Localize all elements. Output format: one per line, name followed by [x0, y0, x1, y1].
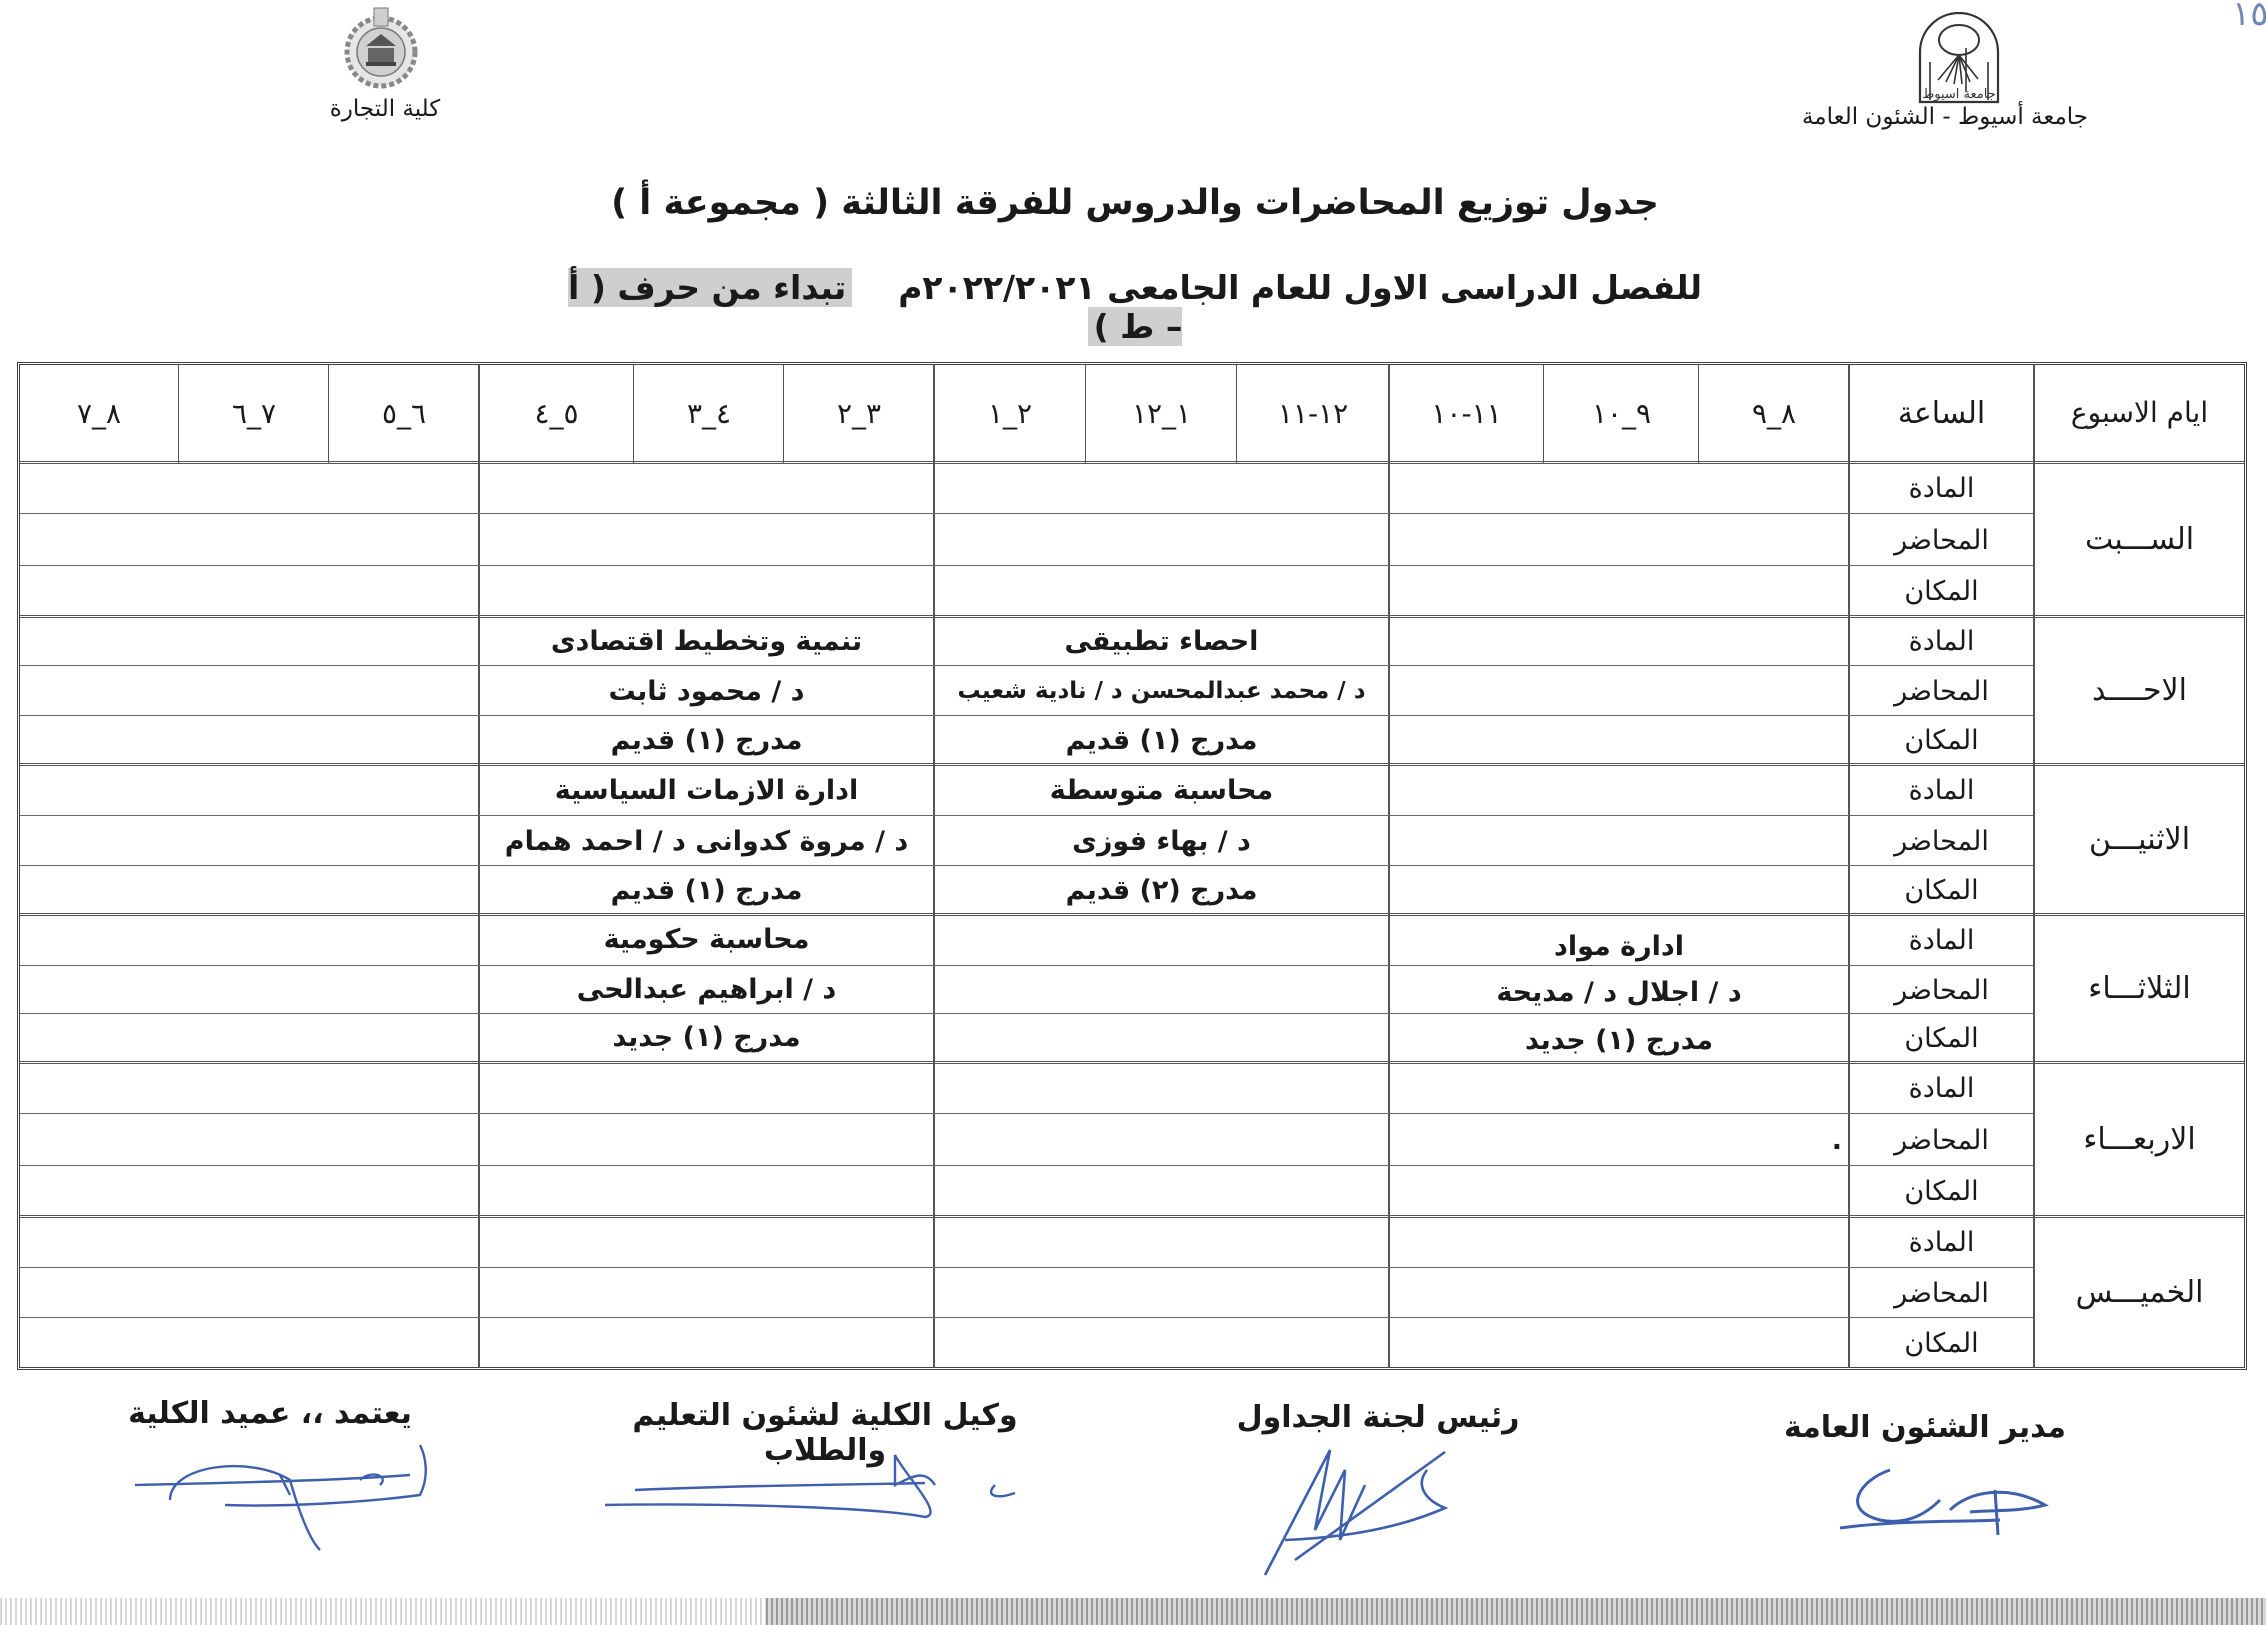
signatory-dean-approval: يعتمد ،، عميد الكلية: [120, 1396, 420, 1431]
sunday-3-6-subject: تنمية وتخطيط اقتصادى: [480, 617, 933, 665]
day-sunday: الاحــــد: [2035, 617, 2244, 763]
grid-line: [20, 1267, 2033, 1268]
header-slot: ١_١٢: [1087, 365, 1236, 461]
svg-text:جامعة اسيوط: جامعة اسيوط: [1922, 87, 1996, 102]
grid-line: [328, 365, 329, 463]
label-lecturer: المحاضر: [1850, 667, 2033, 715]
grid-line: [20, 865, 2033, 866]
header-slot: ٨_٩: [1700, 365, 1848, 461]
header-slot: ٤_٣: [635, 365, 783, 461]
faculty-label: كلية التجارة: [300, 96, 470, 122]
day-saturday: الســـبت: [2035, 463, 2244, 615]
header-hour: الساعة: [1850, 365, 2033, 461]
label-subject: المادة: [1850, 463, 2033, 513]
signatory-general-affairs-director: مدير الشئون العامة: [1780, 1410, 2070, 1445]
grid-line: [20, 1165, 2033, 1166]
monday-3-6-subject: ادارة الازمات السياسية: [480, 765, 933, 815]
label-lecturer: المحاضر: [1850, 967, 2033, 1013]
grid-line: [20, 1113, 2033, 1114]
header-slot: ٨_٧: [20, 365, 178, 461]
header-slot: ١٢-١١: [1238, 365, 1388, 461]
label-lecturer: المحاضر: [1850, 1269, 2033, 1317]
label-lecturer: المحاضر: [1850, 1115, 2033, 1165]
monday-3-6-lecturer: د / مروة كدوانى د / احمد همام: [480, 817, 933, 865]
sunday-12-3-subject: احصاء تطبيقى: [935, 617, 1388, 665]
grid-line: [20, 665, 2033, 666]
monday-3-6-place: مدرج (١) قديم: [480, 867, 933, 913]
day-tuesday: الثلاثـــاء: [2035, 915, 2244, 1061]
tuesday-3-6-lecturer: د / ابراهيم عبدالحى: [480, 965, 933, 1013]
grid-line: [20, 715, 2033, 716]
header-slot: ٩_١٠: [1545, 365, 1698, 461]
signatory-schedules-committee-head: رئيس لجنة الجداول: [1228, 1400, 1528, 1435]
tuesday-3-6-subject: محاسبة حكومية: [480, 915, 933, 963]
document-title: جدول توزيع المحاضرات والدروس للفرقة الثا…: [560, 183, 1710, 223]
subtitle-semester: للفصل الدراسى الاول للعام الجامعى ٢٠٢٢/٢…: [898, 268, 1702, 307]
grid-line: [178, 365, 179, 463]
signature-schedules-committee-icon: [1255, 1440, 1455, 1580]
label-subject: المادة: [1850, 1063, 2033, 1113]
grid-line: [20, 513, 2033, 514]
tuesday-8-12-place: مدرج (١) جديد: [1390, 1017, 1848, 1063]
label-place: المكان: [1850, 567, 2033, 615]
scanner-edge-artifact: [0, 1598, 2266, 1625]
header-slot: ٧_٦: [180, 365, 328, 461]
signature-vice-dean-icon: [595, 1445, 1025, 1525]
assiut-university-logo-icon: جامعة اسيوط: [1900, 12, 2018, 104]
label-place: المكان: [1850, 867, 2033, 913]
grid-line: [783, 365, 784, 463]
tuesday-8-12-lecturer: د / اجلال د / مديحة: [1390, 969, 1848, 1015]
grid-line: [20, 565, 2033, 566]
label-place: المكان: [1850, 1015, 2033, 1061]
sunday-3-6-place: مدرج (١) قديم: [480, 717, 933, 763]
grid-line: [20, 1317, 2033, 1318]
tuesday-8-12-subject: ادارة مواد: [1390, 921, 1848, 971]
wednesday-8-12-lecturer-mark: .: [1390, 1115, 1848, 1165]
grid-line: [20, 815, 2033, 816]
label-place: المكان: [1850, 1319, 2033, 1367]
label-place: المكان: [1850, 1167, 2033, 1215]
grid-line: [1085, 365, 1086, 463]
handwritten-page-number: ١٥: [2232, 0, 2266, 34]
monday-12-3-place: مدرج (٢) قديم: [935, 867, 1388, 913]
day-thursday: الخميـــس: [2035, 1217, 2244, 1367]
sunday-12-3-lecturer: د / محمد عبدالمحسن د / نادية شعيب: [935, 667, 1388, 715]
label-place: المكان: [1850, 717, 2033, 763]
day-monday: الاثنيـــن: [2035, 765, 2244, 913]
monday-12-3-lecturer: د / بهاء فوزى: [935, 817, 1388, 865]
sunday-12-3-place: مدرج (١) قديم: [935, 717, 1388, 763]
grid-line: [1543, 365, 1544, 463]
document-subtitle: للفصل الدراسى الاول للعام الجامعى ٢٠٢٢/٢…: [560, 268, 1710, 346]
sunday-3-6-lecturer: د / محمود ثابت: [480, 667, 933, 715]
header-days-of-week: ايام الاسبوع: [2035, 365, 2244, 461]
header-slot: ٣_٢: [785, 365, 933, 461]
grid-line: [1698, 365, 1699, 463]
label-subject: المادة: [1850, 765, 2033, 815]
header-slot: ٢_١: [935, 365, 1085, 461]
monday-12-3-subject: محاسبة متوسطة: [935, 765, 1388, 815]
tuesday-3-6-place: مدرج (١) جديد: [480, 1013, 933, 1061]
timetable: ايام الاسبوع الساعة ٨_٩ ٩_١٠ ١١-١٠ ١٢-١١…: [17, 362, 2247, 1370]
header-slot: ٥_٤: [480, 365, 633, 461]
label-lecturer: المحاضر: [1850, 817, 2033, 865]
header-slot: ١١-١٠: [1390, 365, 1543, 461]
university-department-label: جامعة أسيوط - الشئون العامة: [1760, 104, 2130, 130]
signature-general-affairs-icon: [1820, 1450, 2080, 1540]
header-slot: ٦_٥: [330, 365, 478, 461]
grid-line: [1236, 365, 1237, 463]
faculty-of-commerce-logo-icon: [336, 6, 426, 90]
label-lecturer: المحاضر: [1850, 515, 2033, 565]
grid-line: [633, 365, 634, 463]
label-subject: المادة: [1850, 617, 2033, 665]
label-subject: المادة: [1850, 1217, 2033, 1267]
signature-dean-icon: [130, 1445, 460, 1555]
label-subject: المادة: [1850, 915, 2033, 965]
day-wednesday: الاربعـــاء: [2035, 1063, 2244, 1215]
